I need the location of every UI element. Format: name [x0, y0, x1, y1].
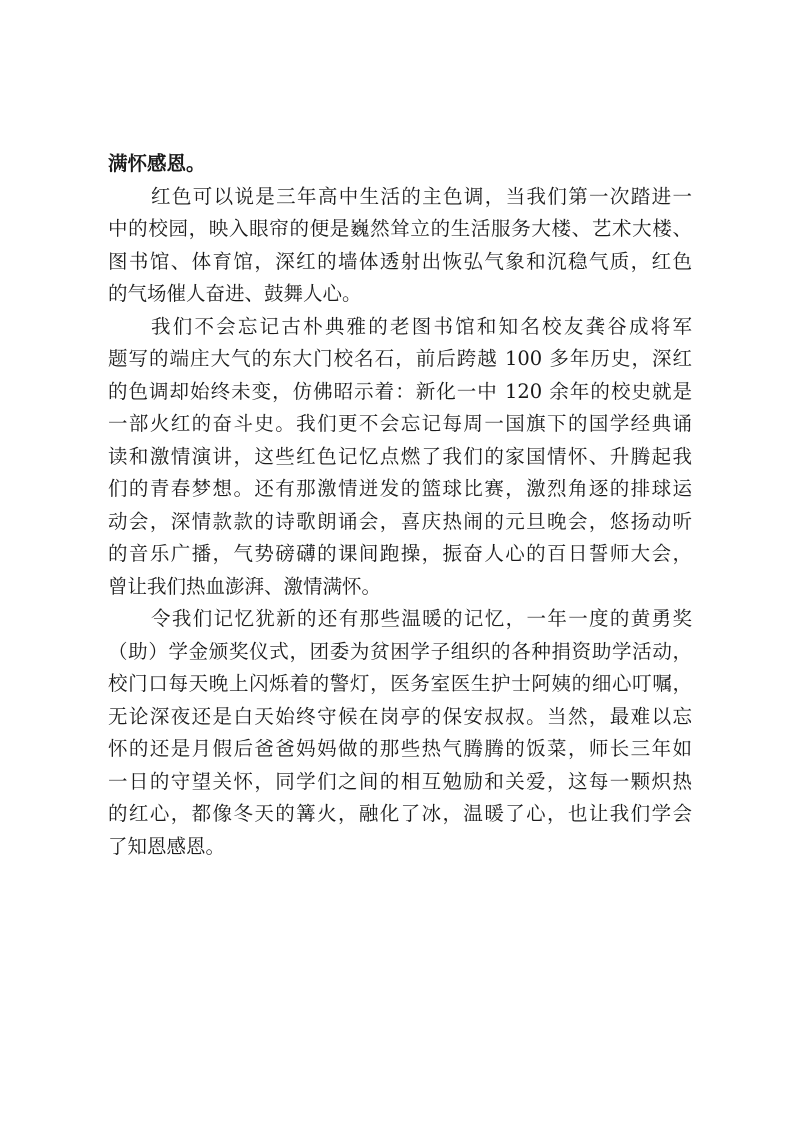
paragraph-line: 的气场催人奋进、鼓舞人心。 — [108, 278, 692, 311]
paragraph-line: 中的校园，映入眼帘的便是巍然耸立的生活服务大楼、艺术大楼、 — [108, 213, 692, 246]
document-page: 满怀感恩。 红色可以说是三年高中生活的主色调，当我们第一次踏进一 中的校园，映入… — [108, 148, 692, 863]
paragraph-line: 我们不会忘记古朴典雅的老图书馆和知名校友龚谷成将军 — [108, 311, 692, 344]
paragraph-warm-memories: 令我们记忆犹新的还有那些温暖的记忆，一年一度的黄勇奖 （助）学金颁奖仪式，团委为… — [108, 603, 692, 863]
paragraph-line: 图书馆、体育馆，深红的墙体透射出恢弘气象和沉稳气质，红色 — [108, 246, 692, 279]
paragraph-line: 读和激情演讲，这些红色记忆点燃了我们的家国情怀、升腾起我 — [108, 441, 692, 474]
paragraph-line: 一日的守望关怀，同学们之间的相互勉励和关爱，这每一颗炽热 — [108, 766, 692, 799]
paragraph-line: 了知恩感恩。 — [108, 831, 692, 864]
paragraph-line: 红色可以说是三年高中生活的主色调，当我们第一次踏进一 — [108, 181, 692, 214]
paragraph-line: 校门口每天晚上闪烁着的警灯，医务室医生护士阿姨的细心叮嘱， — [108, 668, 692, 701]
heading-continuation: 满怀感恩。 — [108, 148, 692, 181]
paragraph-line: 曾让我们热血澎湃、激情满怀。 — [108, 571, 692, 604]
paragraph-line: 无论深夜还是白天始终守候在岗亭的保安叔叔。当然，最难以忘 — [108, 701, 692, 734]
paragraph-line: 的音乐广播，气势磅礴的课间跑操，振奋人心的百日誓师大会， — [108, 538, 692, 571]
paragraph-line: （助）学金颁奖仪式，团委为贫困学子组织的各种捐资助学活动， — [108, 636, 692, 669]
paragraph-line: 的色调却始终未变，仿佛昭示着：新化一中 120 余年的校史就是 — [108, 376, 692, 409]
paragraph-line: 令我们记忆犹新的还有那些温暖的记忆，一年一度的黄勇奖 — [108, 603, 692, 636]
paragraph-memories: 我们不会忘记古朴典雅的老图书馆和知名校友龚谷成将军 题写的端庄大气的东大门校名石… — [108, 311, 692, 604]
paragraph-line: 动会，深情款款的诗歌朗诵会，喜庆热闹的元旦晚会，悠扬动听 — [108, 506, 692, 539]
paragraph-line: 题写的端庄大气的东大门校名石，前后跨越 100 多年历史，深红 — [108, 343, 692, 376]
paragraph-line: 们的青春梦想。还有那激情迸发的篮球比赛，激烈角逐的排球运 — [108, 473, 692, 506]
paragraph-line: 一部火红的奋斗史。我们更不会忘记每周一国旗下的国学经典诵 — [108, 408, 692, 441]
paragraph-line: 怀的还是月假后爸爸妈妈做的那些热气腾腾的饭菜，师长三年如 — [108, 733, 692, 766]
paragraph-line: 的红心，都像冬天的篝火，融化了冰，温暖了心，也让我们学会 — [108, 798, 692, 831]
paragraph-red-theme: 红色可以说是三年高中生活的主色调，当我们第一次踏进一 中的校园，映入眼帘的便是巍… — [108, 181, 692, 311]
